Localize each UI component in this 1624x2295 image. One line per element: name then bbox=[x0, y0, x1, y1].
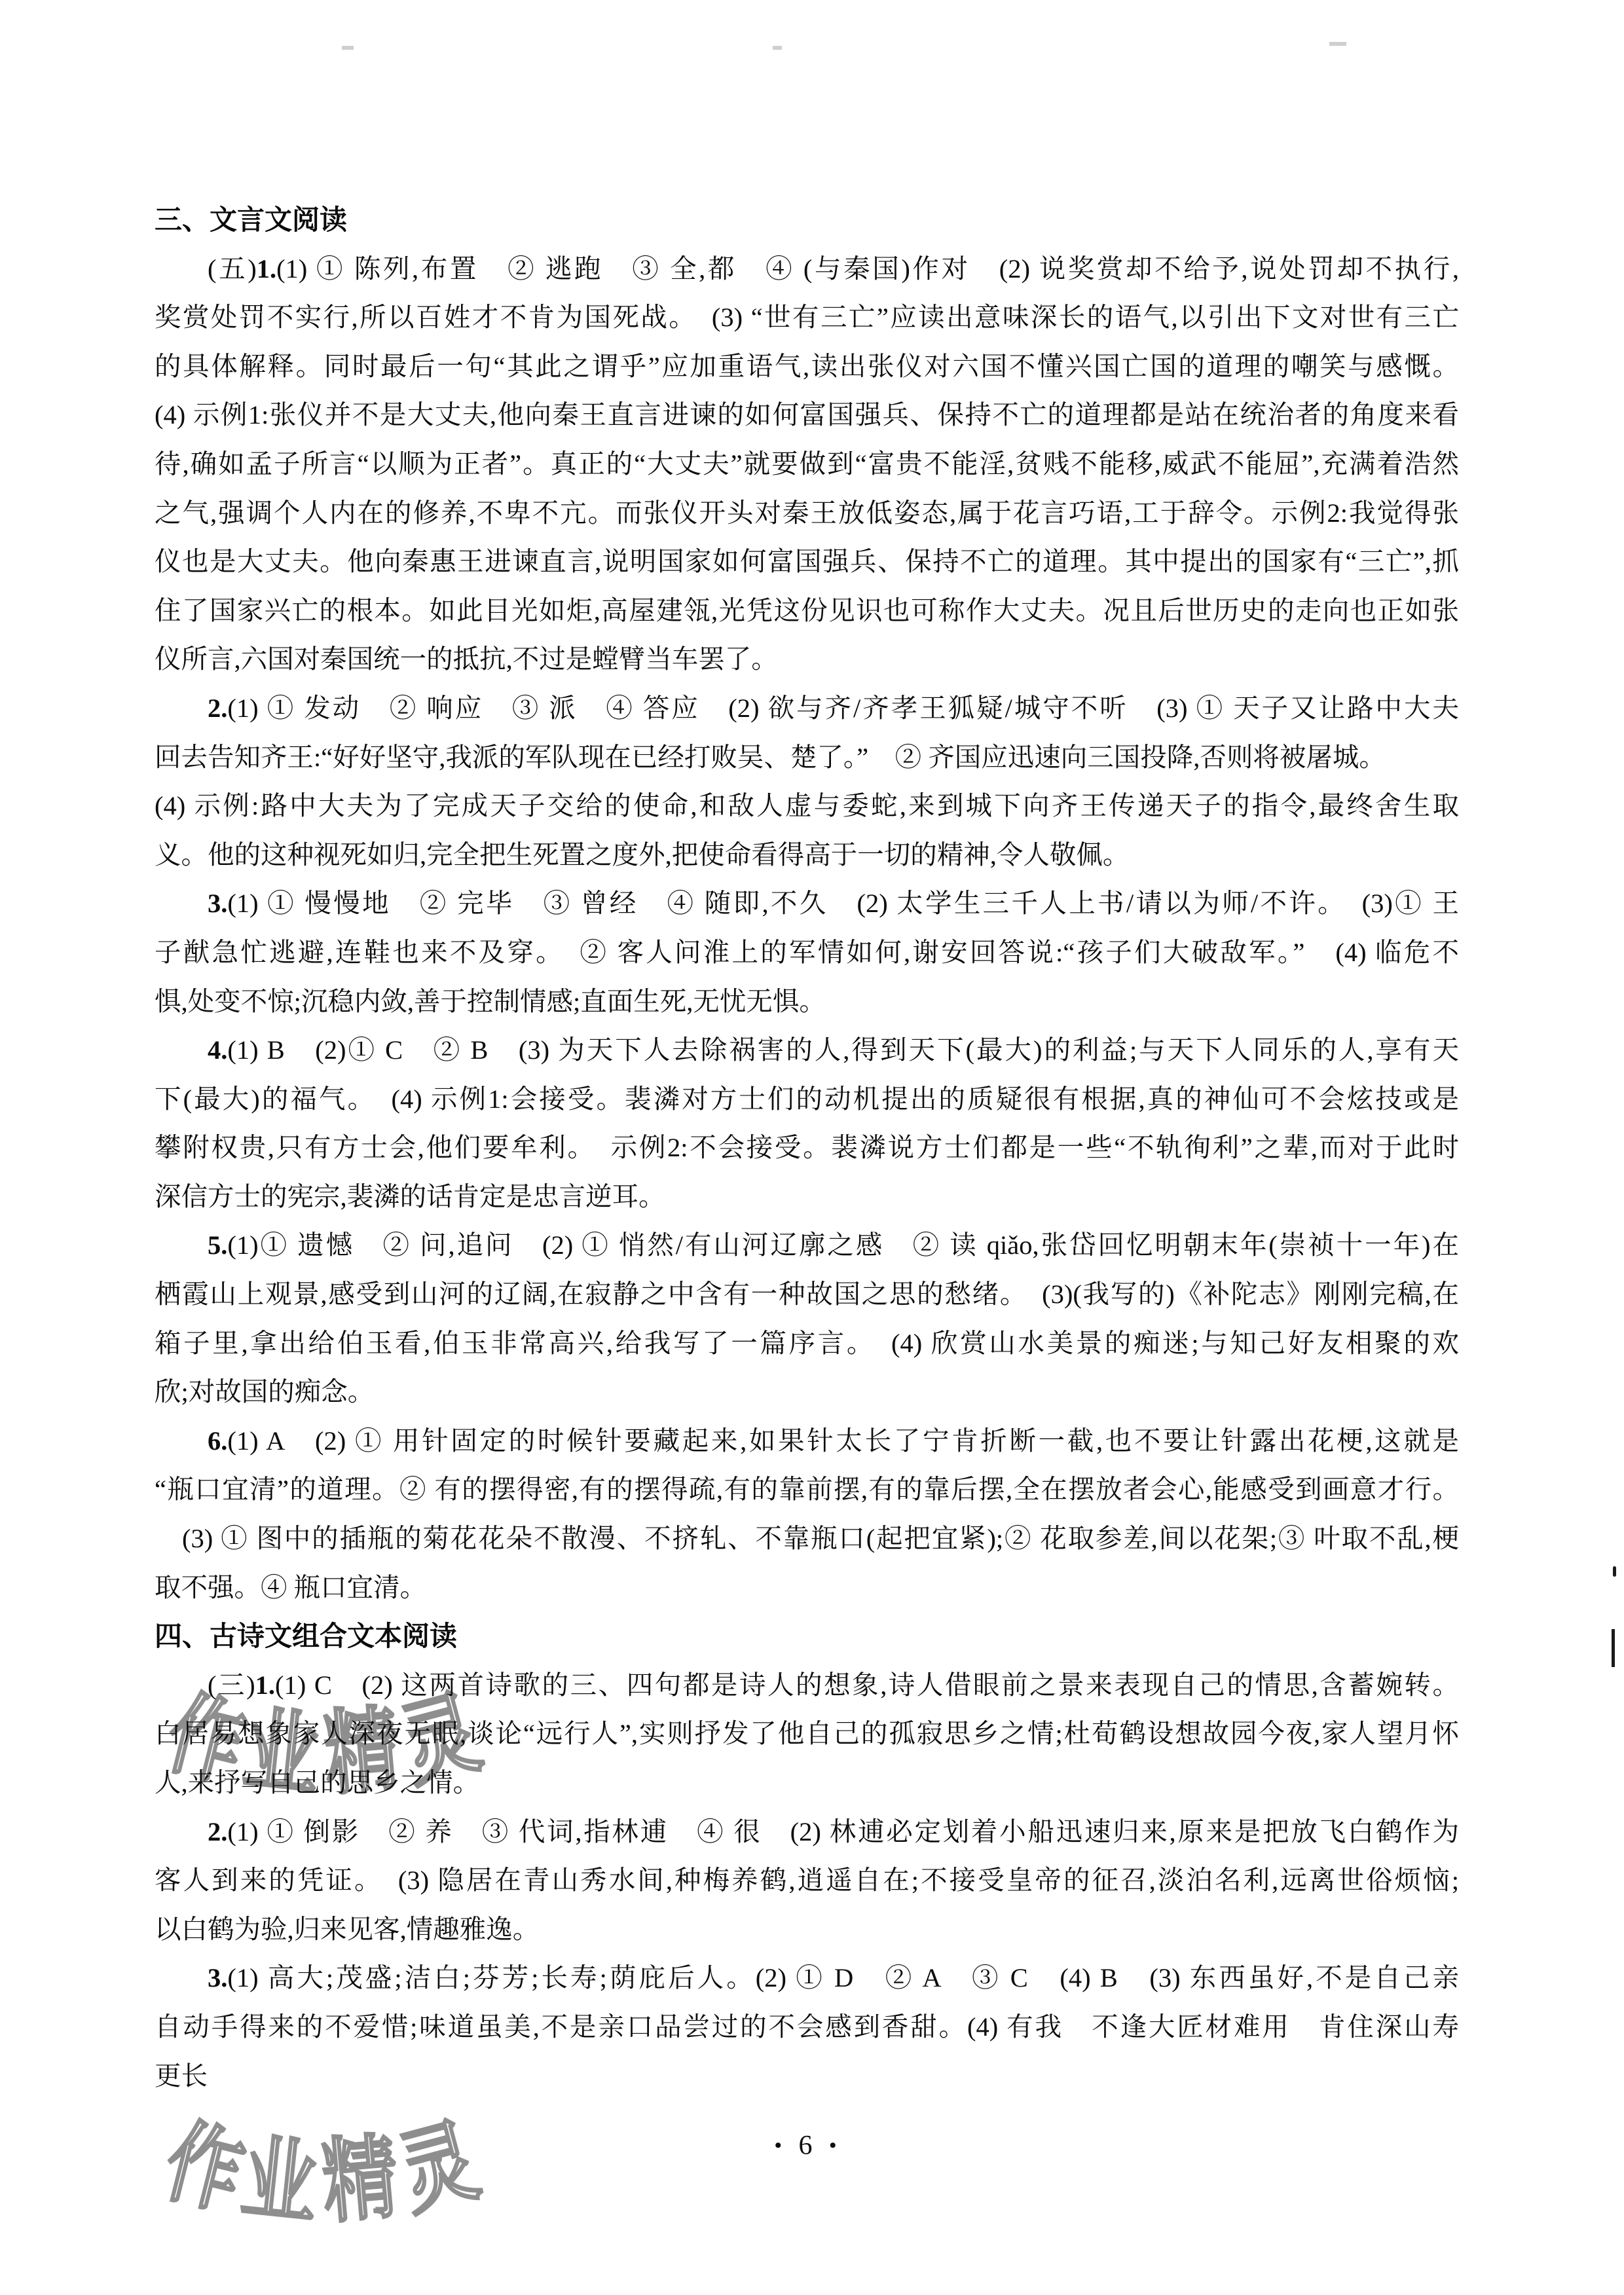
answer-text: (1) ① 陈列,布置 ② 逃跑 ③ 全,都 ④ (与秦国)作对 (2) 说奖赏… bbox=[276, 254, 1459, 284]
answer-line: 客人到来的凭证。 (3) 隐居在青山秀水间,种梅养鹤,逍遥自在;不接受皇帝的征召… bbox=[155, 1856, 1459, 1905]
scan-artifact bbox=[1613, 1566, 1616, 1577]
answer-line: “瓶口宜清”的道理。② 有的摆得密,有的摆得疏,有的靠前摆,有的靠后摆,全在摆放… bbox=[155, 1465, 1459, 1515]
answer-text: (1) C (2) 这两首诗歌的三、四句都是诗人的想象,诗人借眼前之景来表现自己… bbox=[275, 1670, 1459, 1700]
answer-line: 2.(1) ① 发动 ② 响应 ③ 派 ④ 答应 (2) 欲与齐/齐孝王狐疑/城… bbox=[155, 684, 1459, 733]
answer-text: (1) ① 慢慢地 ② 完毕 ③ 曾经 ④ 随即,不久 (2) 太学生三千人上书… bbox=[227, 889, 1459, 918]
answer-line: 惧,处变不惊;沉稳内敛,善于控制情感;直面生死,无忧无惧。 bbox=[155, 978, 1459, 1027]
answer-text: (1) 高大;茂盛;洁白;芬芳;长寿;荫庇后人。(2) ① D ② A ③ C … bbox=[227, 1963, 1459, 1992]
question-number: 1. bbox=[255, 1670, 275, 1700]
answer-line: 取不强。④ 瓶口宜清。 bbox=[155, 1564, 1459, 1613]
answer-item: (五)1.(1) ① 陈列,布置 ② 逃跑 ③ 全,都 ④ (与秦国)作对 (2… bbox=[155, 245, 1459, 684]
scan-artifact bbox=[342, 46, 354, 50]
answer-line: 子猷急忙逃避,连鞋也来不及穿。 ② 客人问淮上的军情如何,谢安回答说:“孩子们大… bbox=[155, 928, 1459, 978]
page-number-dot-left: • bbox=[775, 2135, 782, 2156]
answer-line: 仪也是大丈夫。他向秦惠王进谏直言,说明国家如何富国强兵、保持不亡的道理。其中提出… bbox=[155, 538, 1459, 587]
answer-line: 仪所言,六国对秦国统一的抵抗,不过是螳臂当车罢了。 bbox=[155, 635, 1459, 684]
answer-line: 攀附权贵,只有方士会,他们要牟利。 示例2:不会接受。裴潾说方士们都是一些“不轨… bbox=[155, 1124, 1459, 1173]
answer-line: (4) 示例1:张仪并不是大丈夫,他向秦王直言进谏的如何富国强兵、保持不亡的道理… bbox=[155, 391, 1459, 440]
answer-item: 3.(1) 高大;茂盛;洁白;芬芳;长寿;荫庇后人。(2) ① D ② A ③ … bbox=[155, 1954, 1459, 2101]
answer-line: 6.(1) A (2) ① 用针固定的时候针要藏起来,如果针太长了宁肯折断一截,… bbox=[155, 1417, 1459, 1466]
watermark-char: 灵 bbox=[388, 2105, 490, 2232]
answer-item: 2.(1) ① 倒影 ② 养 ③ 代词,指林逋 ④ 很 (2) 林逋必定划着小船… bbox=[155, 1808, 1459, 1955]
watermark-char: 业 bbox=[236, 2122, 323, 2241]
passage-label: (五) bbox=[208, 254, 257, 284]
section-heading-combined-poetry-reading: 四、古诗文组合文本阅读 bbox=[155, 1612, 1459, 1661]
answer-line: 待,确如孟子所言“以顺为正者”。真正的“大丈夫”就要做到“富贵不能淫,贫贱不能移… bbox=[155, 440, 1459, 489]
answer-item: 2.(1) ① 发动 ② 响应 ③ 派 ④ 答应 (2) 欲与齐/齐孝王狐疑/城… bbox=[155, 684, 1459, 879]
scan-artifact bbox=[773, 46, 782, 50]
scan-artifact bbox=[1612, 1629, 1615, 1667]
question-number: 3. bbox=[208, 1963, 227, 1992]
answer-line: 3.(1) 高大;茂盛;洁白;芬芳;长寿;荫庇后人。(2) ① D ② A ③ … bbox=[155, 1954, 1459, 2003]
answer-line: (五)1.(1) ① 陈列,布置 ② 逃跑 ③ 全,都 ④ (与秦国)作对 (2… bbox=[155, 245, 1459, 294]
question-number: 2. bbox=[208, 1817, 227, 1846]
passage-label: (三) bbox=[208, 1670, 255, 1700]
answer-line: 住了国家兴亡的根本。如此目光如炬,高屋建瓴,光凭这份见识也可称作大丈夫。况且后世… bbox=[155, 587, 1459, 636]
answer-line: 3.(1) ① 慢慢地 ② 完毕 ③ 曾经 ④ 随即,不久 (2) 太学生三千人… bbox=[155, 879, 1459, 928]
answer-text: (1) ① 倒影 ② 养 ③ 代词,指林逋 ④ 很 (2) 林逋必定划着小船迅速… bbox=[227, 1817, 1459, 1846]
page-number-value: 6 bbox=[799, 2131, 813, 2161]
answer-line: 栖霞山上观景,感受到山河的辽阔,在寂静之中含有一种故国之思的愁绪。 (3)(我写… bbox=[155, 1270, 1459, 1319]
answer-item: 3.(1) ① 慢慢地 ② 完毕 ③ 曾经 ④ 随即,不久 (2) 太学生三千人… bbox=[155, 879, 1459, 1026]
answer-line: 2.(1) ① 倒影 ② 养 ③ 代词,指林逋 ④ 很 (2) 林逋必定划着小船… bbox=[155, 1808, 1459, 1857]
answer-line: 义。他的这种视死如归,完全把生死置之度外,把使命看得高于一切的精神,令人敬佩。 bbox=[155, 831, 1459, 880]
answer-line: 回去告知齐王:“好好坚守,我派的军队现在已经打败吴、楚了。” ② 齐国应迅速向三… bbox=[155, 733, 1459, 782]
question-number: 3. bbox=[208, 889, 227, 918]
answer-line: (3) ① 图中的插瓶的菊花花朵不散漫、不挤轧、不靠瓶口(起把宜紧);② 花取参… bbox=[155, 1515, 1459, 1564]
answer-line: 自动手得来的不爱惜;味道虽美,不是亲口品尝过的不会感到香甜。(4) 有我 不逢大… bbox=[155, 2003, 1459, 2052]
answer-line: 白居易想象家人深夜无眠,谈论“远行人”,实则抒发了他自己的孤寂思乡之情;杜荀鹤设… bbox=[155, 1710, 1459, 1759]
answer-line: (三)1.(1) C (2) 这两首诗歌的三、四句都是诗人的想象,诗人借眼前之景… bbox=[155, 1661, 1459, 1710]
question-number: 1. bbox=[257, 254, 276, 284]
answer-text: (1) A (2) ① 用针固定的时候针要藏起来,如果针太长了宁肯折断一截,也不… bbox=[227, 1426, 1459, 1456]
answer-line: 以白鹤为验,归来见客,情趣雅逸。 bbox=[155, 1905, 1459, 1955]
answer-line: 5.(1)① 遗憾 ② 问,追问 (2) ① 悄然/有山河辽廓之感 ② 读 qi… bbox=[155, 1221, 1459, 1270]
answer-line: 更长 bbox=[155, 2052, 1459, 2101]
question-number: 6. bbox=[208, 1426, 227, 1456]
answer-line: 4.(1) B (2)① C ② B (3) 为天下人去除祸害的人,得到天下(最… bbox=[155, 1026, 1459, 1075]
answer-line: 的具体解释。同时最后一句“其此之谓乎”应加重语气,读出张仪对六国不懂兴国亡国的道… bbox=[155, 342, 1459, 392]
watermark-logo: 作 业 精 灵 bbox=[167, 2124, 494, 2242]
question-number: 4. bbox=[208, 1035, 227, 1065]
answer-text: (1)① 遗憾 ② 问,追问 (2) ① 悄然/有山河辽廓之感 ② 读 qiǎo… bbox=[227, 1230, 1459, 1260]
answer-line: 下(最大)的福气。 (4) 示例1:会接受。裴潾对方士们的动机提出的质疑很有根据… bbox=[155, 1075, 1459, 1124]
watermark-char: 精 bbox=[318, 2121, 402, 2239]
answer-line: 箱子里,拿出给伯玉看,伯玉非常高兴,给我写了一篇序言。 (4) 欣赏山水美景的痴… bbox=[155, 1319, 1459, 1368]
question-number: 5. bbox=[208, 1230, 227, 1260]
answer-item: 5.(1)① 遗憾 ② 问,追问 (2) ① 悄然/有山河辽廓之感 ② 读 qi… bbox=[155, 1221, 1459, 1416]
answer-text: (1) ① 发动 ② 响应 ③ 派 ④ 答应 (2) 欲与齐/齐孝王狐疑/城守不… bbox=[227, 693, 1459, 723]
answer-item: 4.(1) B (2)① C ② B (3) 为天下人去除祸害的人,得到天下(最… bbox=[155, 1026, 1459, 1221]
answer-key-page: 作 业 精 灵 作 业 精 灵 三、文言文阅读 (五)1.(1) ① 陈列,布置… bbox=[0, 0, 1624, 2295]
page-number: •6• bbox=[727, 2121, 884, 2170]
answer-line: 欣;对故国的痴念。 bbox=[155, 1368, 1459, 1417]
scan-artifact bbox=[1329, 42, 1346, 46]
answer-text: (1) B (2)① C ② B (3) 为天下人去除祸害的人,得到天下(最大)… bbox=[227, 1035, 1459, 1065]
answer-line: 奖赏处罚不实行,所以百姓才不肯为国死战。 (3) “世有三亡”应读出意味深长的语… bbox=[155, 293, 1459, 342]
answer-line: (4) 示例:路中大夫为了完成天子交给的使命,和敌人虚与委蛇,来到城下向齐王传递… bbox=[155, 782, 1459, 831]
section-heading-classical-chinese-reading: 三、文言文阅读 bbox=[155, 196, 1459, 245]
answer-item: (三)1.(1) C (2) 这两首诗歌的三、四句都是诗人的想象,诗人借眼前之景… bbox=[155, 1661, 1459, 1808]
answer-line: 深信方士的宪宗,裴潾的话肯定是忠言逆耳。 bbox=[155, 1173, 1459, 1222]
answer-line: 之气,强调个人内在的修养,不卑不亢。而张仪开头对秦王放低姿态,属于花言巧语,工于… bbox=[155, 489, 1459, 538]
page-number-dot-right: • bbox=[830, 2135, 837, 2156]
question-number: 2. bbox=[208, 693, 227, 723]
answer-line: 人,来抒写自己的思乡之情。 bbox=[155, 1759, 1459, 1808]
answer-item: 6.(1) A (2) ① 用针固定的时候针要藏起来,如果针太长了宁肯折断一截,… bbox=[155, 1417, 1459, 1612]
answer-content: 三、文言文阅读 (五)1.(1) ① 陈列,布置 ② 逃跑 ③ 全,都 ④ (与… bbox=[155, 196, 1459, 2101]
